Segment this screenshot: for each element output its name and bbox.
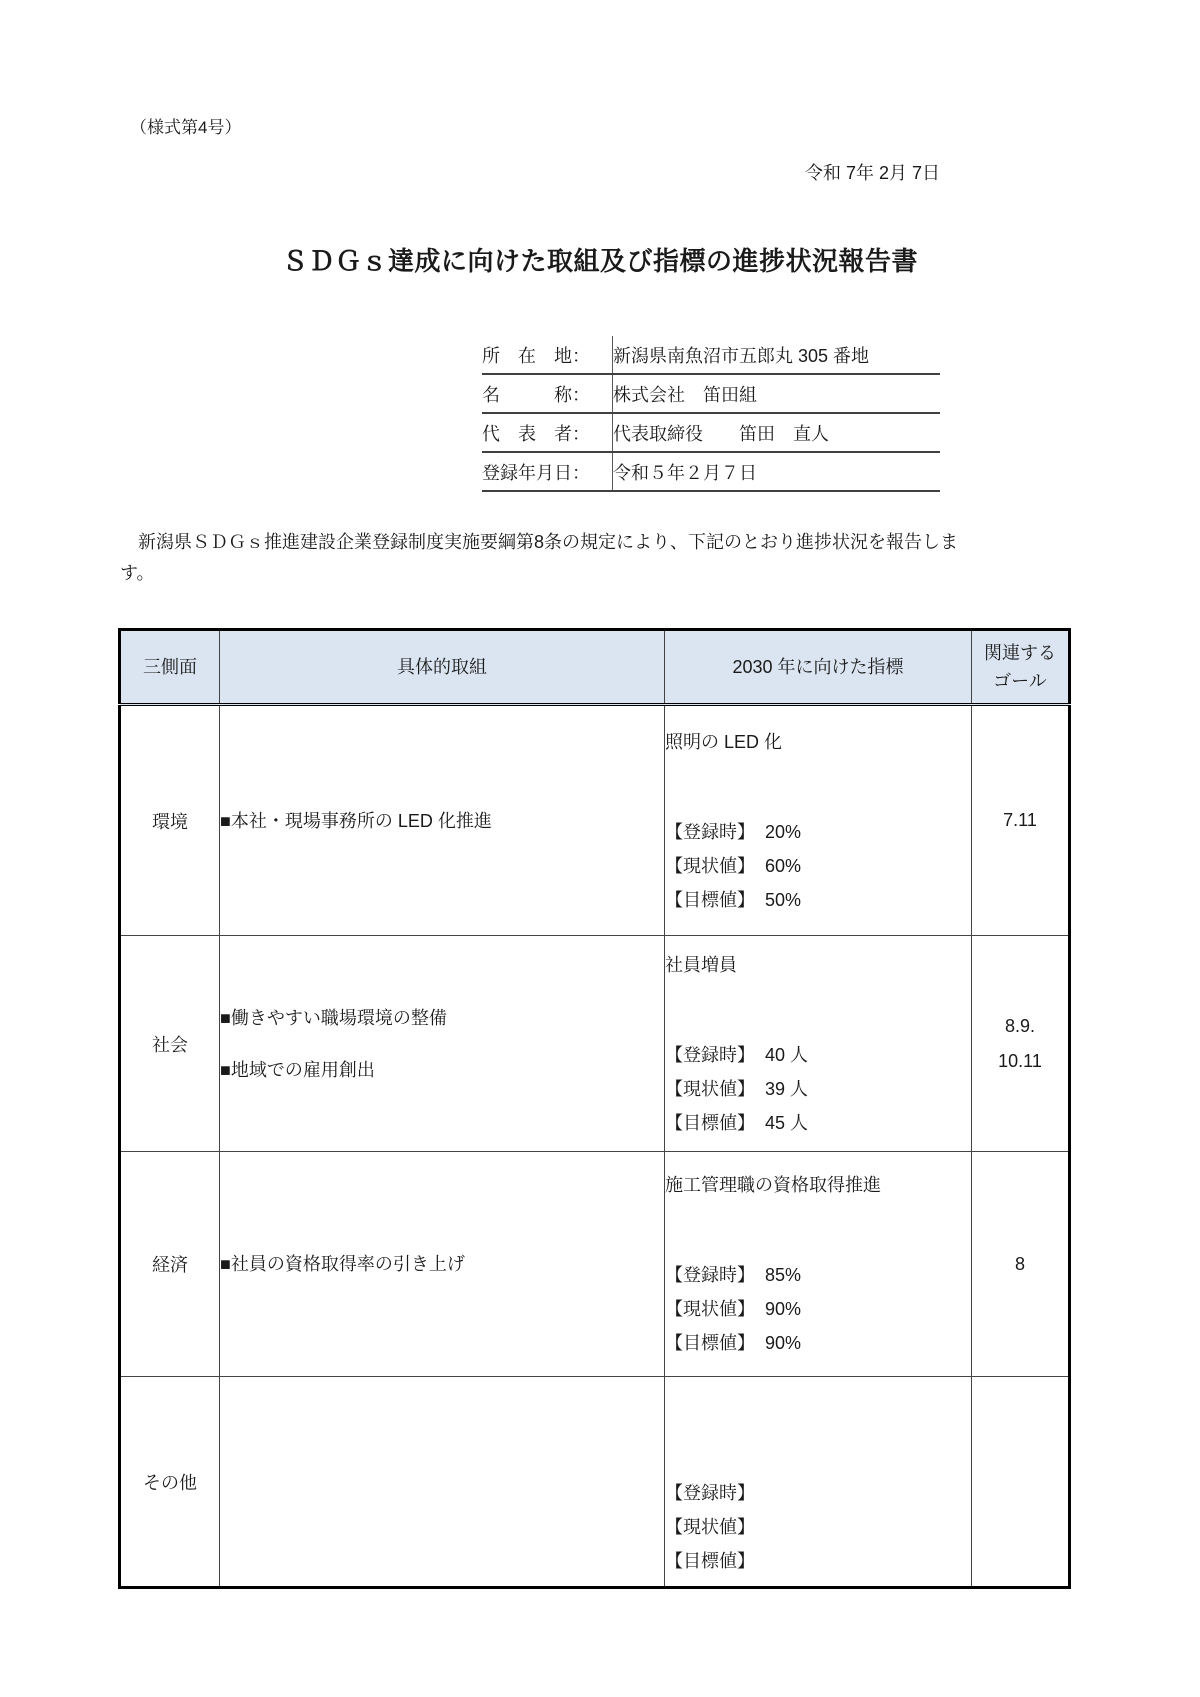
- company-info-value: 新潟県南魚沼市五郎丸 305 番地: [613, 336, 941, 374]
- metric-label: 【目標値】: [665, 1113, 755, 1133]
- metric-label: 【登録時】: [665, 1045, 755, 1065]
- related-goal: 7.11: [972, 705, 1070, 936]
- metric-value: 90%: [765, 1299, 801, 1319]
- company-info-row-registration-date: 登録年月日： 令和５年２月７日: [482, 452, 940, 491]
- indicator-spacer: [665, 1202, 971, 1258]
- metric-value: 40 人: [765, 1045, 808, 1065]
- aspect-label: 環境: [120, 705, 220, 936]
- document-title: ＳＤＧｓ達成に向けた取組及び指標の進捗状況報告書: [0, 243, 1200, 279]
- company-info-value: 株式会社 笛田組: [613, 374, 941, 413]
- indicators-cell: 【登録時】 【現状値】 【目標値】: [665, 1377, 972, 1588]
- indicator-title: [665, 1386, 971, 1420]
- indicators-cell: 施工管理職の資格取得推進 【登録時】85% 【現状値】90% 【目標値】90%: [665, 1152, 972, 1377]
- indicators-cell: 社員増員 【登録時】40 人 【現状値】39 人 【目標値】45 人: [665, 936, 972, 1152]
- metric-label: 【登録時】: [665, 1265, 755, 1285]
- initiatives-cell: ■本社・現場事務所の LED 化推進: [220, 705, 665, 936]
- metric-value: 90%: [765, 1333, 801, 1353]
- metric-value: 60%: [765, 856, 801, 876]
- aspect-label: 社会: [120, 936, 220, 1152]
- indicators-cell: 照明の LED 化 【登録時】20% 【現状値】60% 【目標値】50%: [665, 705, 972, 936]
- metric-label: 【目標値】: [665, 1551, 755, 1571]
- header-initiatives: 具体的取組: [220, 630, 665, 705]
- metric-label: 【現状値】: [665, 1517, 755, 1537]
- indicator-title: 照明の LED 化: [665, 725, 971, 759]
- indicator-metric: 【現状値】60%: [665, 849, 971, 883]
- indicator-metric: 【現状値】: [665, 1510, 971, 1544]
- indicator-metric: 【登録時】: [665, 1476, 971, 1510]
- aspect-label: 経済: [120, 1152, 220, 1377]
- indicator-metric: 【目標値】45 人: [665, 1106, 971, 1140]
- indicator-metric: 【目標値】: [665, 1544, 971, 1578]
- intro-paragraph: 新潟県ＳＤＧｓ推進建設企業登録制度実施要綱第8条の規定により、下記のとおり進捗状…: [120, 527, 1085, 589]
- initiative-item: ■社員の資格取得率の引き上げ: [220, 1238, 664, 1290]
- company-info-row-address: 所 在 地： 新潟県南魚沼市五郎丸 305 番地: [482, 336, 940, 374]
- indicator-spacer: [665, 982, 971, 1038]
- indicator-metric: 【登録時】40 人: [665, 1038, 971, 1072]
- metric-label: 【登録時】: [665, 1483, 755, 1503]
- metric-label: 【現状値】: [665, 1299, 755, 1319]
- indicator-metric: 【目標値】90%: [665, 1326, 971, 1360]
- report-table-header-row: 三側面 具体的取組 2030 年に向けた指標 関連する ゴール: [120, 630, 1070, 705]
- document-date: 令和 7年 2月 7日: [440, 160, 940, 186]
- initiative-item: ■地域での雇用創出: [220, 1044, 664, 1096]
- table-row-other: その他 【登録時】 【現状値】 【目標値】: [120, 1377, 1070, 1588]
- indicator-title: 施工管理職の資格取得推進: [665, 1168, 971, 1202]
- metric-label: 【登録時】: [665, 822, 755, 842]
- indicator-metric: 【登録時】20%: [665, 815, 971, 849]
- initiatives-cell: [220, 1377, 665, 1588]
- indicator-metric: 【現状値】90%: [665, 1292, 971, 1326]
- company-info-row-name: 名 称： 株式会社 笛田組: [482, 374, 940, 413]
- indicator-title: 社員増員: [665, 948, 971, 982]
- company-info-label: 所 在 地：: [482, 336, 613, 374]
- indicator-spacer: [665, 759, 971, 815]
- initiative-item: ■本社・現場事務所の LED 化推進: [220, 795, 664, 847]
- header-aspect: 三側面: [120, 630, 220, 705]
- table-row-economy: 経済 ■社員の資格取得率の引き上げ 施工管理職の資格取得推進 【登録時】85% …: [120, 1152, 1070, 1377]
- metric-label: 【現状値】: [665, 856, 755, 876]
- header-indicators: 2030 年に向けた指標: [665, 630, 972, 705]
- company-info-label: 登録年月日：: [482, 452, 613, 491]
- company-info-table: 所 在 地： 新潟県南魚沼市五郎丸 305 番地 名 称： 株式会社 笛田組 代…: [482, 336, 940, 492]
- document-page: （様式第4号） 令和 7年 2月 7日 ＳＤＧｓ達成に向けた取組及び指標の進捗状…: [0, 0, 1200, 1697]
- company-info-value: 令和５年２月７日: [613, 452, 941, 491]
- related-goal: 8.9. 10.11: [972, 936, 1070, 1152]
- company-info-label: 代 表 者：: [482, 413, 613, 452]
- company-info-value: 代表取締役 笛田 直人: [613, 413, 941, 452]
- related-goal: 8: [972, 1152, 1070, 1377]
- initiatives-cell: ■働きやすい職場環境の整備 ■地域での雇用創出: [220, 936, 665, 1152]
- company-info-label: 名 称：: [482, 374, 613, 413]
- form-number: （様式第4号）: [130, 116, 241, 140]
- company-info-row-representative: 代 表 者： 代表取締役 笛田 直人: [482, 413, 940, 452]
- initiative-item: ■働きやすい職場環境の整備: [220, 992, 664, 1044]
- metric-value: 45 人: [765, 1113, 808, 1133]
- related-goal: [972, 1377, 1070, 1588]
- indicator-spacer: [665, 1420, 971, 1476]
- indicator-metric: 【登録時】85%: [665, 1258, 971, 1292]
- aspect-label: その他: [120, 1377, 220, 1588]
- metric-value: 85%: [765, 1265, 801, 1285]
- metric-value: 20%: [765, 822, 801, 842]
- initiatives-cell: ■社員の資格取得率の引き上げ: [220, 1152, 665, 1377]
- metric-value: 39 人: [765, 1079, 808, 1099]
- metric-label: 【目標値】: [665, 1333, 755, 1353]
- metric-label: 【現状値】: [665, 1079, 755, 1099]
- header-related-goals: 関連する ゴール: [972, 630, 1070, 705]
- report-table: 三側面 具体的取組 2030 年に向けた指標 関連する ゴール 環境 ■本社・現…: [118, 628, 1071, 1589]
- metric-label: 【目標値】: [665, 890, 755, 910]
- indicator-metric: 【現状値】39 人: [665, 1072, 971, 1106]
- table-row-society: 社会 ■働きやすい職場環境の整備 ■地域での雇用創出 社員増員 【登録時】40 …: [120, 936, 1070, 1152]
- table-row-environment: 環境 ■本社・現場事務所の LED 化推進 照明の LED 化 【登録時】20%…: [120, 705, 1070, 936]
- indicator-metric: 【目標値】50%: [665, 883, 971, 917]
- metric-value: 50%: [765, 890, 801, 910]
